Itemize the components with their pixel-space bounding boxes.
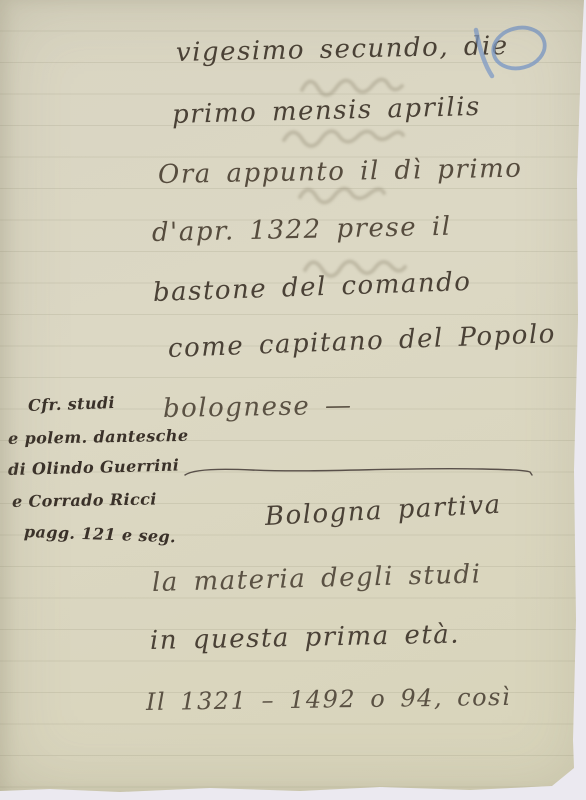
margin-note: Cfr. studi e polem. dantesche di Olindo … bbox=[6, 392, 206, 567]
margin-note-line: pagg. 121 e seg. bbox=[24, 522, 177, 546]
handwriting-line: Il 1321 – 1492 o 94, così bbox=[146, 683, 511, 716]
margin-note-line: Cfr. studi bbox=[28, 393, 116, 415]
handwriting-line: d'apr. 1322 prese il bbox=[152, 212, 452, 248]
ink-divider-line bbox=[182, 462, 534, 480]
paper-sheet: vigesimo secundo, die primo mensis april… bbox=[0, 0, 586, 794]
scanned-manuscript-page: vigesimo secundo, die primo mensis april… bbox=[0, 0, 586, 800]
margin-note-line: e Corrado Ricci bbox=[12, 489, 157, 511]
margin-note-line: e polem. dantesche bbox=[8, 426, 189, 448]
margin-note-line: di Olindo Guerrini bbox=[8, 456, 180, 479]
handwriting-line: Ora appunto il dì primo bbox=[158, 154, 523, 190]
blue-pencil-circle-mark bbox=[462, 14, 562, 86]
